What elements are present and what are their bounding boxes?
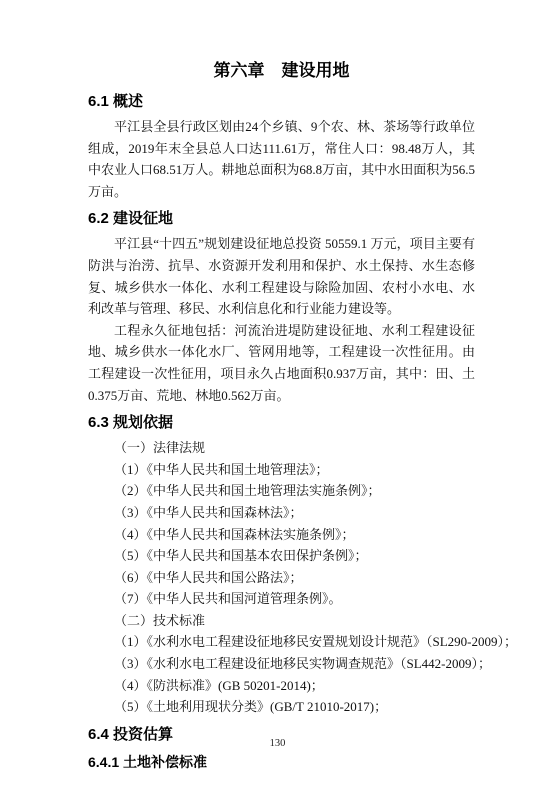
section-heading-6-2: 6.2 建设征地 — [88, 209, 475, 228]
chapter-title: 第六章 建设用地 — [88, 60, 475, 82]
tech-standard-item: （5）《土地利用现状分类》(GB/T 21010-2017)； — [88, 696, 475, 718]
group-title-standards: （二）技术标准 — [88, 610, 475, 632]
legal-basis-item: （6）《中华人民共和国公路法》； — [88, 567, 475, 589]
subsection-heading-6-4-1: 6.4.1 土地补偿标准 — [88, 753, 475, 771]
tech-standard-item: （3）《水利水电工程建设征地移民实物调查规范》（SL442-2009）； — [88, 653, 475, 675]
legal-basis-item: （5）《中华人民共和国基本农田保护条例》； — [88, 545, 475, 567]
document-page: 第六章 建设用地 6.1 概述 平江县全县行政区划由24个乡镇、9个农、林、茶场… — [0, 0, 555, 785]
tech-standard-item: （1）《水利水电工程建设征地移民安置规划设计规范》（SL290-2009）； — [88, 631, 475, 653]
legal-basis-list: （一）法律法规 （1）《中华人民共和国土地管理法》； （2）《中华人民共和国土地… — [88, 437, 475, 718]
tech-standard-item: （4）《防洪标准》(GB 50201-2014)； — [88, 675, 475, 697]
paragraph-overview: 平江县全县行政区划由24个乡镇、9个农、林、茶场等行政单位组成，2019年末全县… — [88, 116, 475, 202]
paragraph-land-investment: 平江县“十四五”规划建设征地总投资 50559.1 万元，项目主要有防洪与治涝、… — [88, 233, 475, 319]
group-title-laws: （一）法律法规 — [88, 437, 475, 459]
section-heading-6-1: 6.1 概述 — [88, 92, 475, 111]
legal-basis-item: （4）《中华人民共和国森林法实施条例》； — [88, 524, 475, 546]
paragraph-permanent-land: 工程永久征地包括：河流治进堤防建设征地、水利工程建设征地、城乡供水一体化水厂、管… — [88, 320, 475, 406]
page-number: 130 — [0, 737, 555, 751]
legal-basis-item: （7）《中华人民共和国河道管理条例》。 — [88, 588, 475, 610]
legal-basis-item: （1）《中华人民共和国土地管理法》； — [88, 459, 475, 481]
legal-basis-item: （2）《中华人民共和国土地管理法实施条例》； — [88, 480, 475, 502]
legal-basis-item: （3）《中华人民共和国森林法》； — [88, 502, 475, 524]
section-heading-6-3: 6.3 规划依据 — [88, 413, 475, 432]
